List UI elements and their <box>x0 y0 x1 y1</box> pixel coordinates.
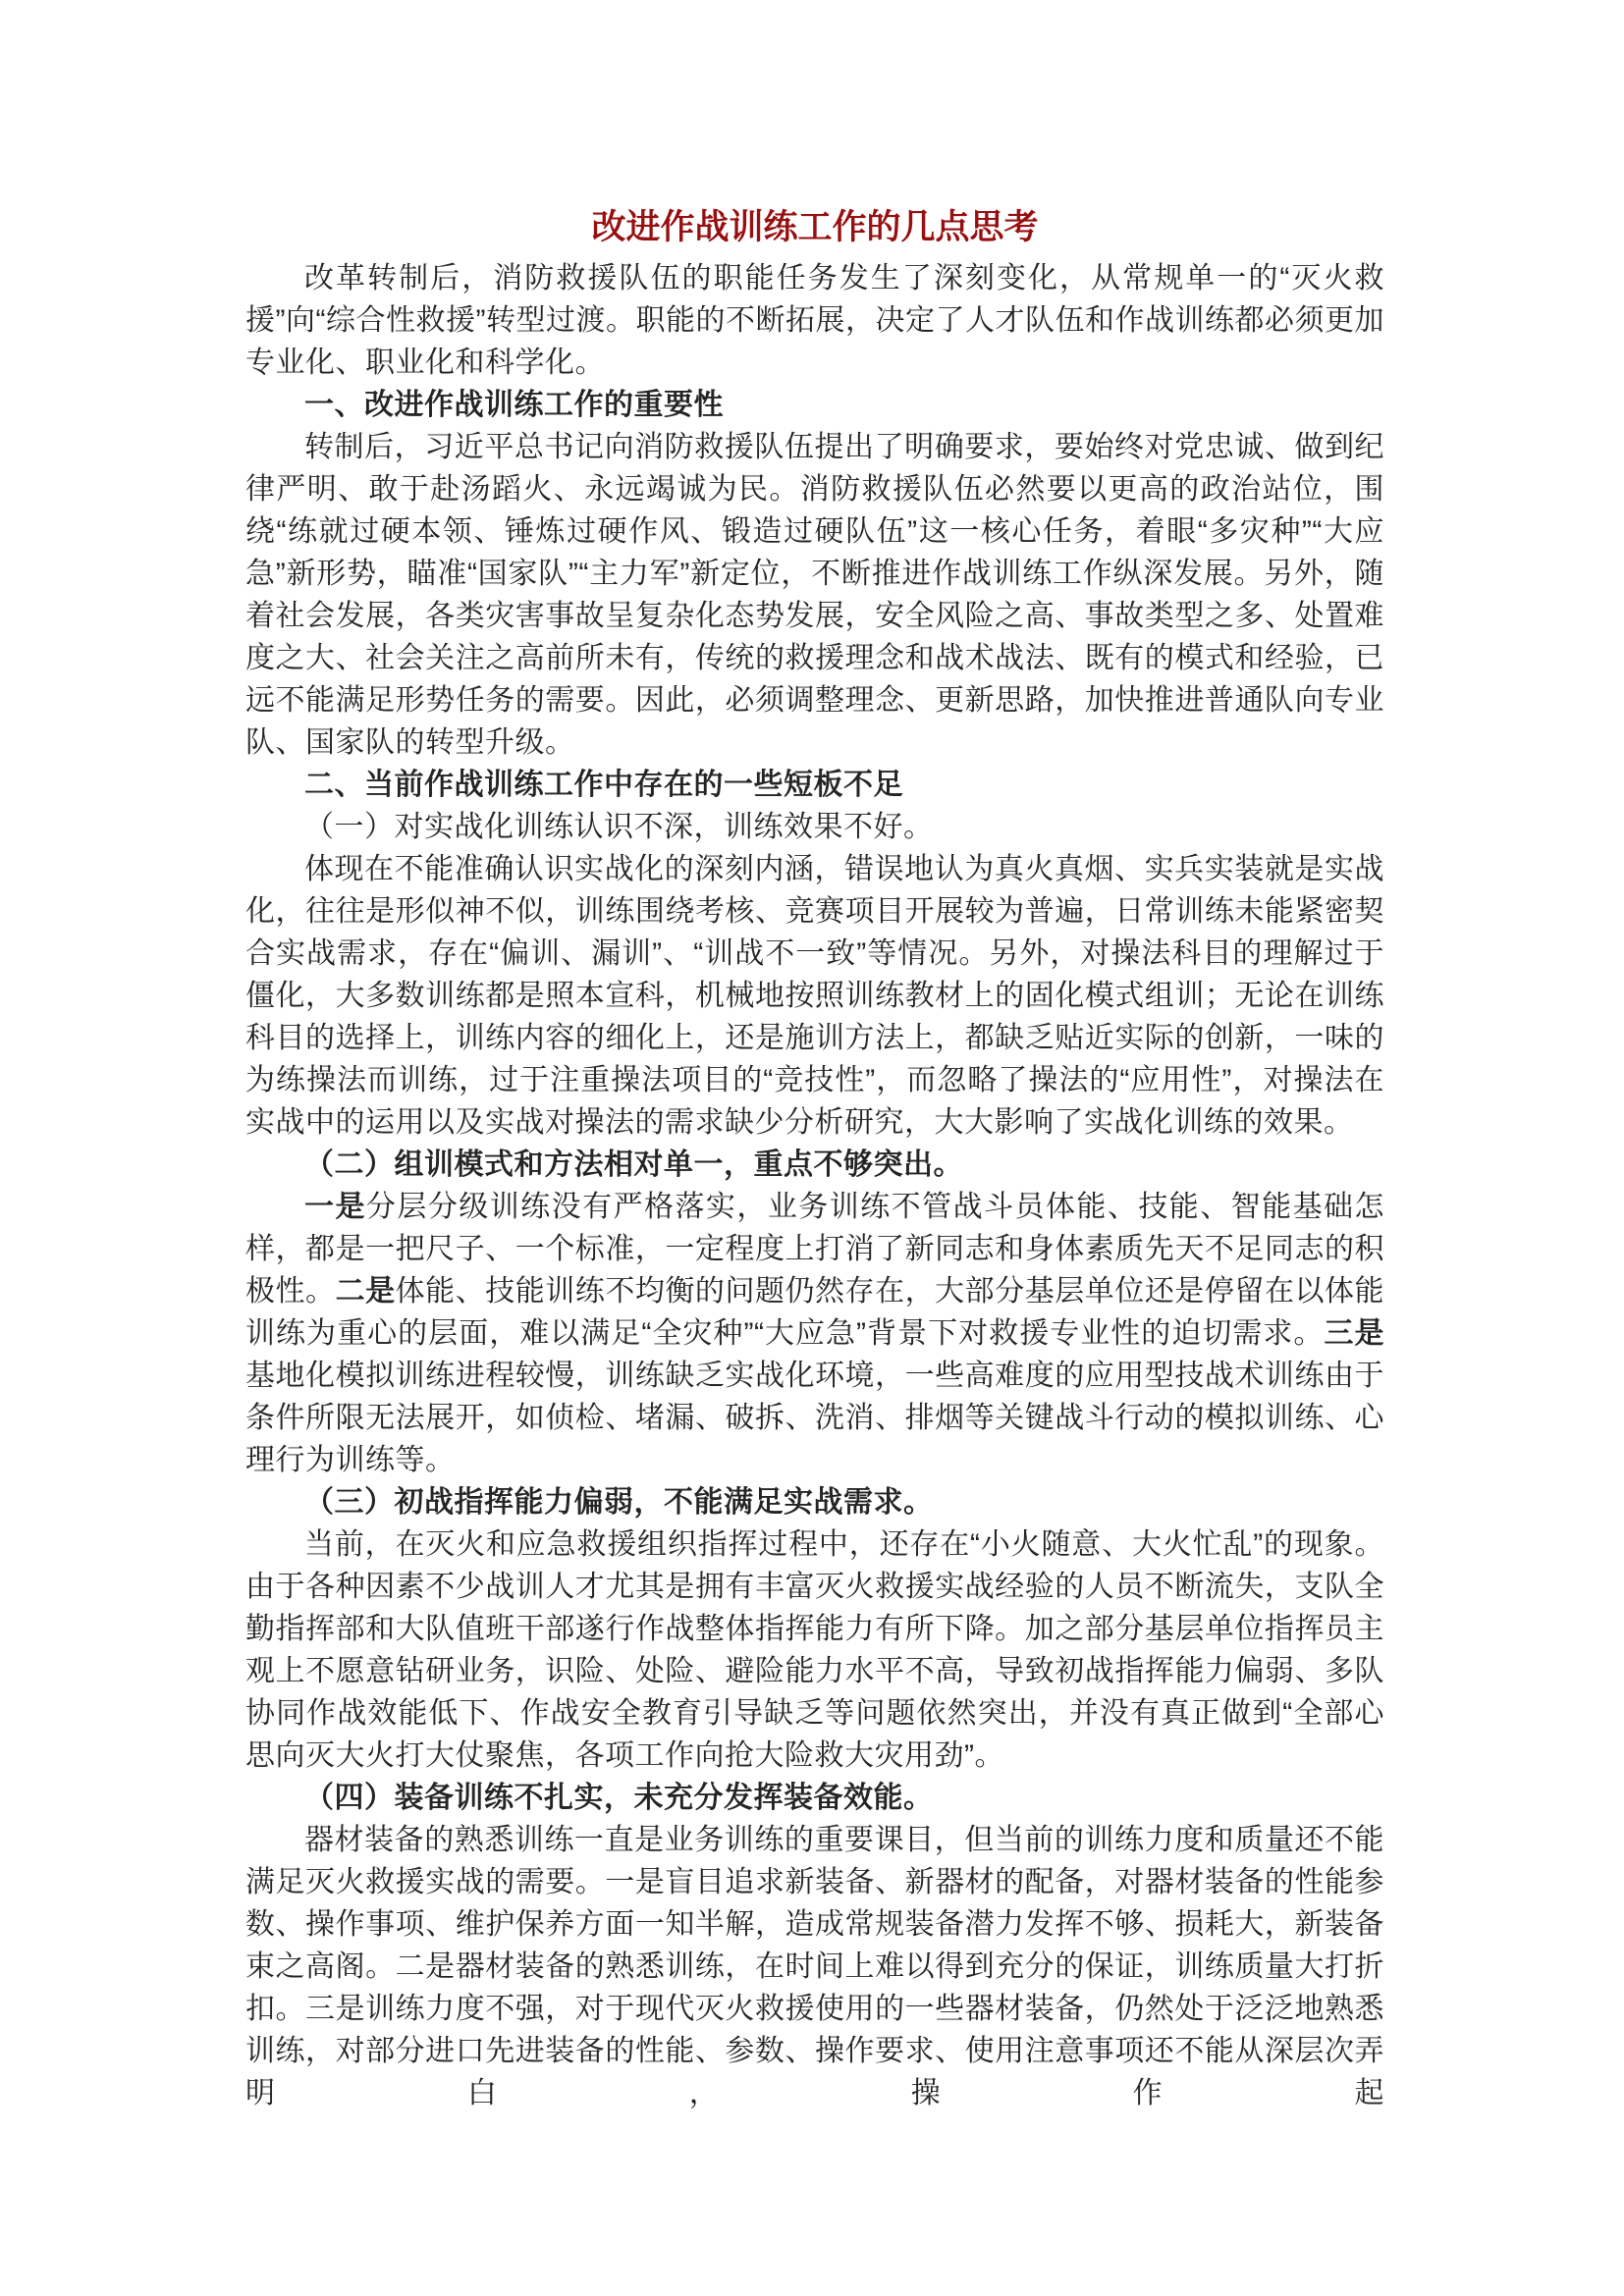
paragraph: 当前，在灭火和应急救援组织指挥过程中，还存在“小火随意、大火忙乱”的现象。由于各… <box>245 1523 1384 1777</box>
document-page: 改进作战训练工作的几点思考 改革转制后，消防救援队伍的职能任务发生了深刻变化，从… <box>0 0 1624 2296</box>
text-run: （三）初战指挥能力偏弱，不能满足实战需求。 <box>304 1486 934 1519</box>
text-run: 二是 <box>336 1275 396 1308</box>
text-run: 体现在不能准确认识实战化的深刻内涵，错误地认为真火真烟、实兵实装就是实战化，往往… <box>245 853 1384 1139</box>
section-heading: （四）装备训练不扎实，未充分发挥装备效能。 <box>245 1777 1384 1819</box>
section-heading: 一、改进作战训练工作的重要性 <box>245 384 1384 426</box>
paragraph: （一）对实战化训练认识不深，训练效果不好。 <box>245 806 1384 848</box>
text-run: 基地化模拟训练进程较慢，训练缺乏实战化环境，一些高难度的应用型技战术训练由于条件… <box>245 1360 1384 1476</box>
paragraph: 转制后，习近平总书记向消防救援队伍提出了明确要求，要始终对党忠诚、做到纪律严明、… <box>245 426 1384 764</box>
paragraph: 改革转制后，消防救援队伍的职能任务发生了深刻变化，从常规单一的“灭火救援”向“综… <box>245 257 1384 384</box>
document-title: 改进作战训练工作的几点思考 <box>245 204 1384 250</box>
text-run: 器材装备的熟悉训练一直是业务训练的重要课目，但当前的训练力度和质量还不能满足灭火… <box>245 1824 1384 2109</box>
text-run: 改革转制后，消防救援队伍的职能任务发生了深刻变化，从常规单一的“灭火救援”向“综… <box>245 262 1384 379</box>
text-run: （四）装备训练不扎实，未充分发挥装备效能。 <box>304 1782 934 1814</box>
text-run: 一、改进作战训练工作的重要性 <box>304 389 724 421</box>
text-run: 二、当前作战训练工作中存在的一些短板不足 <box>304 769 903 801</box>
text-run: 三是 <box>1324 1317 1384 1350</box>
paragraph: 一是分层分级训练没有严格落实，业务训练不管战斗员体能、技能、智能基础怎样，都是一… <box>245 1186 1384 1481</box>
text-run: 一是 <box>304 1191 366 1223</box>
paragraph: 器材装备的熟悉训练一直是业务训练的重要课目，但当前的训练力度和质量还不能满足灭火… <box>245 1819 1384 2114</box>
document-body: 改革转制后，消防救援队伍的职能任务发生了深刻变化，从常规单一的“灭火救援”向“综… <box>245 257 1384 2114</box>
text-run: 当前，在灭火和应急救援组织指挥过程中，还存在“小火随意、大火忙乱”的现象。由于各… <box>245 1528 1384 1772</box>
text-run: （一）对实战化训练认识不深，训练效果不好。 <box>304 811 934 843</box>
section-heading: 二、当前作战训练工作中存在的一些短板不足 <box>245 764 1384 806</box>
paragraph: 体现在不能准确认识实战化的深刻内涵，错误地认为真火真烟、实兵实装就是实战化，往往… <box>245 848 1384 1144</box>
section-heading: （三）初战指挥能力偏弱，不能满足实战需求。 <box>245 1481 1384 1523</box>
text-run: 体能、技能训练不均衡的问题仍然存在，大部分基层单位还是停留在以体能训练为重心的层… <box>245 1275 1384 1350</box>
text-run: 转制后，习近平总书记向消防救援队伍提出了明确要求，要始终对党忠诚、做到纪律严明、… <box>245 431 1384 759</box>
section-heading: （二）组训模式和方法相对单一，重点不够突出。 <box>245 1144 1384 1186</box>
text-run: （二）组训模式和方法相对单一，重点不够突出。 <box>304 1148 963 1181</box>
